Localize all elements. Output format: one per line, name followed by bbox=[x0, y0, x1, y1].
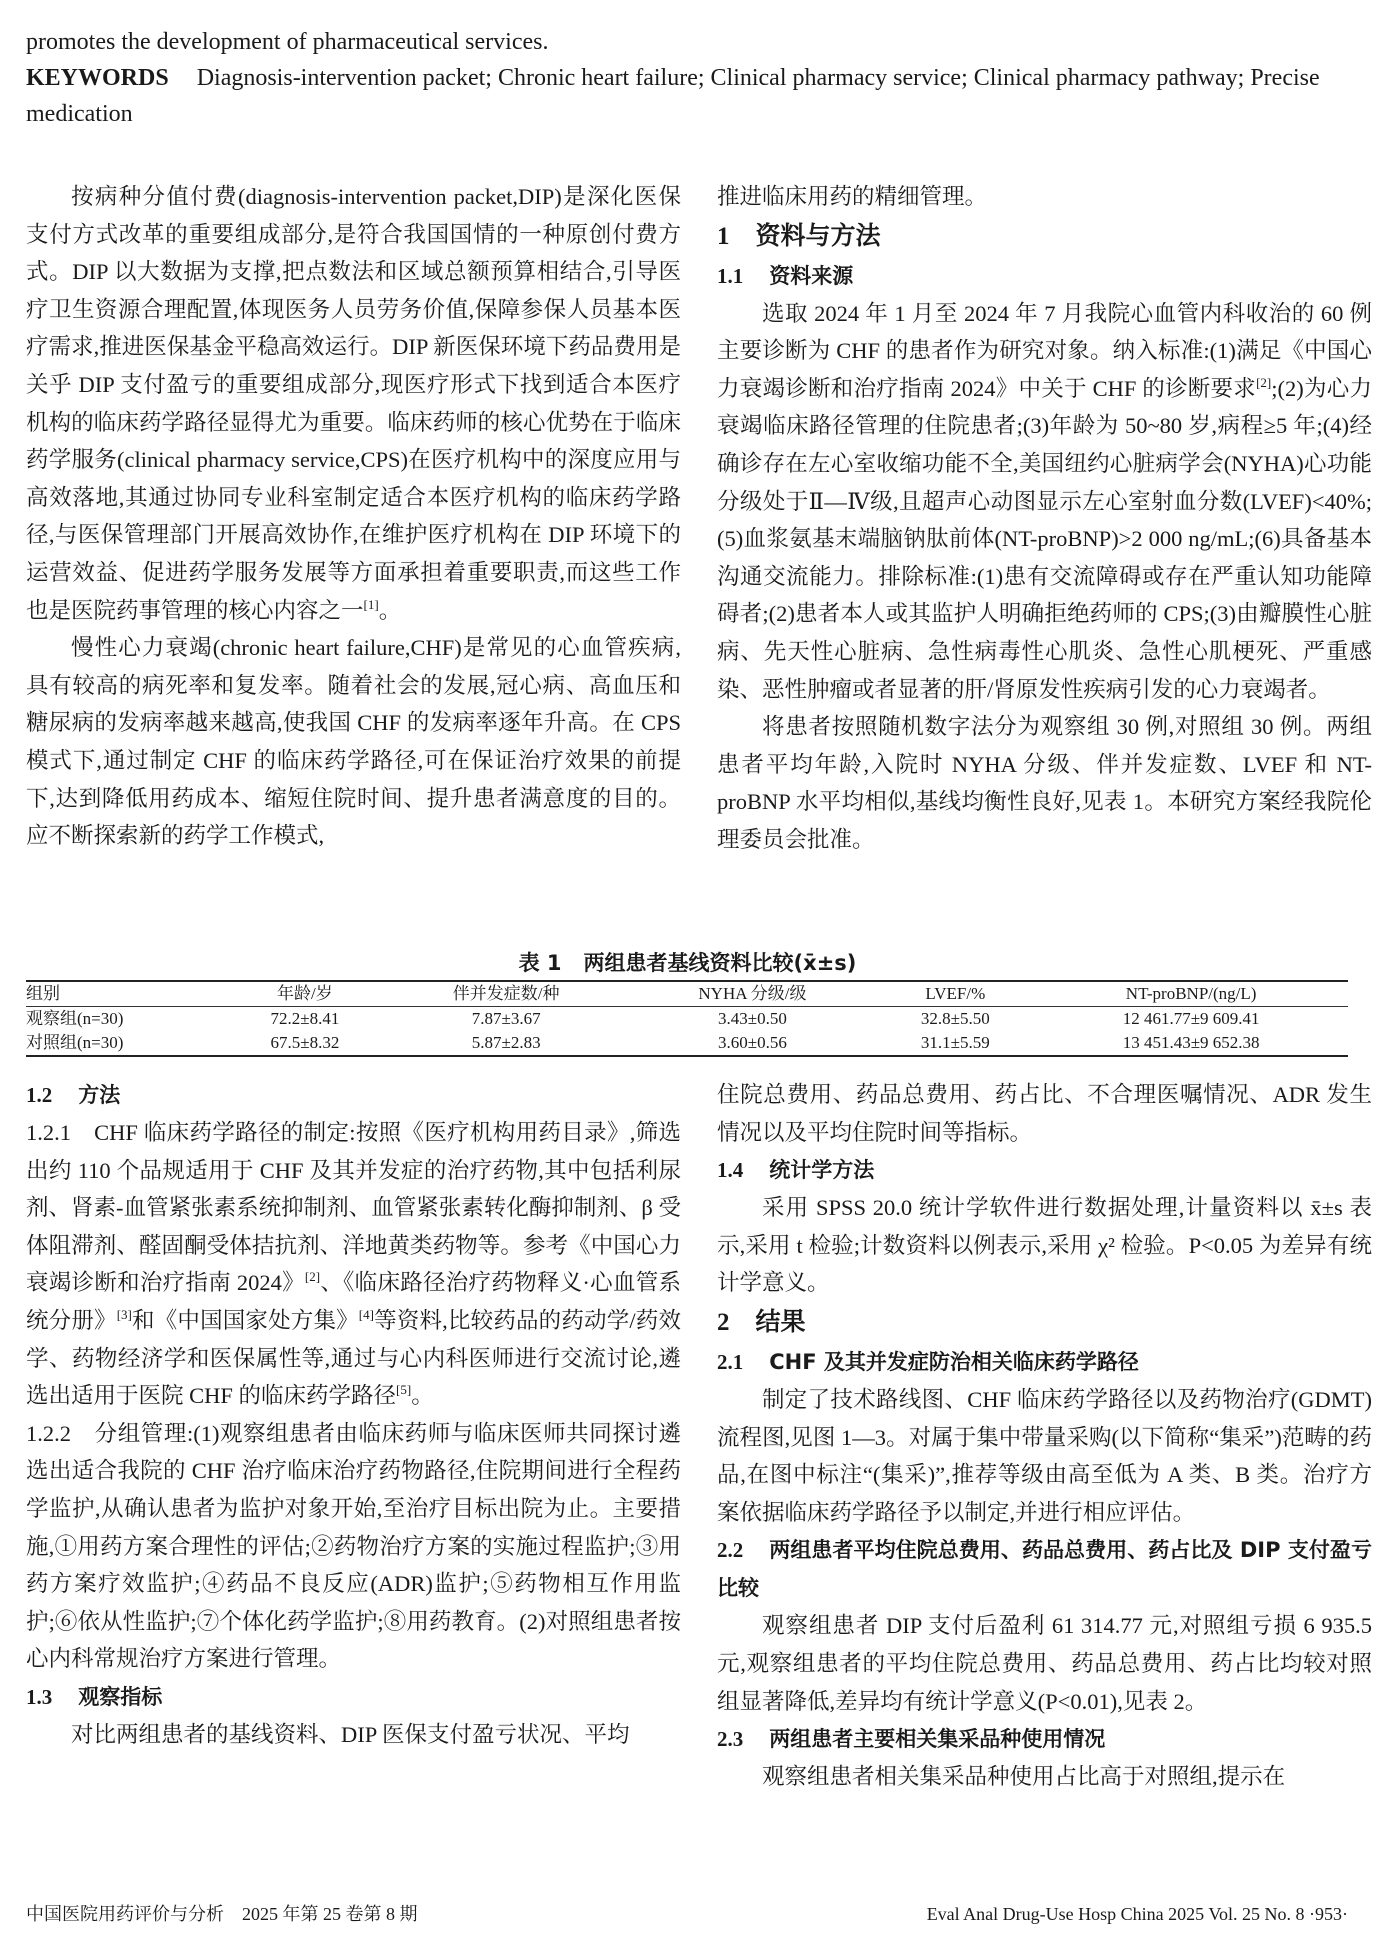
journal-name-cn: 中国医院用药评价与分析 2025 年第 25 卷第 8 期 bbox=[26, 1902, 418, 1926]
col-lvef: LVEF/% bbox=[876, 981, 1034, 1007]
citation-2[interactable]: [2] bbox=[305, 1269, 320, 1284]
col-age: 年龄/岁 bbox=[226, 981, 384, 1007]
section-1-3-heading: 1.3观察指标 bbox=[26, 1678, 681, 1716]
section-2-1-heading: 2.1CHF 及其并发症防治相关临床药学路径 bbox=[717, 1343, 1372, 1381]
citation-3[interactable]: [3] bbox=[117, 1307, 132, 1322]
left-column-bottom: 1.2方法 1.2.1 CHF 临床药学路径的制定:按照《医疗机构用药目录》,筛… bbox=[26, 1076, 681, 1754]
abstract-tail: promotes the development of pharmaceutic… bbox=[26, 24, 1348, 60]
keywords-label: KEYWORDS bbox=[26, 65, 169, 91]
right-column-top: 推进临床用药的精细管理。 1资料与方法 1.1资料来源 选取 2024 年 1 … bbox=[717, 178, 1372, 859]
col-nyha: NYHA 分级/级 bbox=[629, 981, 877, 1007]
section-1-4-heading: 1.4统计学方法 bbox=[717, 1151, 1372, 1189]
section-2-heading: 2结果 bbox=[717, 1302, 1372, 1343]
table-row: 观察组(n=30) 72.2±8.41 7.87±3.67 3.43±0.50 … bbox=[26, 1007, 1348, 1032]
journal-name-en-page: Eval Anal Drug-Use Hosp China 2025 Vol. … bbox=[927, 1902, 1348, 1926]
section-1-1-paragraph-1: 选取 2024 年 1 月至 2024 年 7 月我院心血管内科收治的 60 例… bbox=[717, 295, 1372, 709]
section-1-2-1-paragraph: 1.2.1 CHF 临床药学路径的制定:按照《医疗机构用药目录》,筛选出约 11… bbox=[26, 1114, 681, 1415]
section-2-2-paragraph: 观察组患者 DIP 支付后盈利 61 314.77 元,对照组亏损 6 935.… bbox=[717, 1607, 1372, 1720]
section-1-1-paragraph-2: 将患者按照随机数字法分为观察组 30 例,对照组 30 例。两组患者平均年龄,入… bbox=[717, 708, 1372, 858]
section-1-2-heading: 1.2方法 bbox=[26, 1076, 681, 1114]
section-2-3-heading: 2.3两组患者主要相关集采品种使用情况 bbox=[717, 1720, 1372, 1758]
intro-paragraph-1: 按病种分值付费(diagnosis-intervention packet,DI… bbox=[26, 178, 681, 629]
section-2-1-paragraph: 制定了技术路线图、CHF 临床药学路径以及药物治疗(GDMT)流程图,见图 1—… bbox=[717, 1381, 1372, 1531]
col-ntprobnp: NT-proBNP/(ng/L) bbox=[1034, 981, 1348, 1007]
col-group: 组别 bbox=[26, 981, 226, 1007]
table-row: 对照组(n=30) 67.5±8.32 5.87±2.83 3.60±0.56 … bbox=[26, 1031, 1348, 1056]
section-1-4-paragraph: 采用 SPSS 20.0 统计学软件进行数据处理,计量资料以 x̄±s 表示,采… bbox=[717, 1189, 1372, 1302]
table-1-caption: 表 1两组患者基线资料比较(x̄±s) bbox=[0, 948, 1375, 978]
intro-paragraph-2-cont: 推进临床用药的精细管理。 bbox=[717, 178, 1372, 216]
keywords-text: Diagnosis-intervention packet; Chronic h… bbox=[26, 65, 1320, 127]
table-1-baseline: 组别 年龄/岁 伴并发症数/种 NYHA 分级/级 LVEF/% NT-proB… bbox=[26, 980, 1348, 1057]
section-1-3-paragraph-cont: 住院总费用、药品总费用、药占比、不合理医嘱情况、ADR 发生情况以及平均住院时间… bbox=[717, 1076, 1372, 1151]
intro-paragraph-2: 慢性心力衰竭(chronic heart failure,CHF)是常见的心血管… bbox=[26, 629, 681, 855]
right-column-bottom: 住院总费用、药品总费用、药占比、不合理医嘱情况、ADR 发生情况以及平均住院时间… bbox=[717, 1076, 1372, 1796]
section-2-2-heading: 2.2两组患者平均住院总费用、药品总费用、药占比及 DIP 支付盈亏比较 bbox=[717, 1531, 1372, 1607]
left-column-top: 按病种分值付费(diagnosis-intervention packet,DI… bbox=[26, 178, 681, 855]
citation-1[interactable]: [1] bbox=[364, 597, 379, 612]
col-complications: 伴并发症数/种 bbox=[384, 981, 629, 1007]
section-1-3-paragraph: 对比两组患者的基线资料、DIP 医保支付盈亏状况、平均 bbox=[26, 1716, 681, 1754]
section-1-heading: 1资料与方法 bbox=[717, 216, 1372, 257]
citation-5[interactable]: [5] bbox=[396, 1382, 411, 1397]
keywords: KEYWORDSDiagnosis-intervention packet; C… bbox=[26, 60, 1348, 132]
citation-2[interactable]: [2] bbox=[1256, 375, 1271, 390]
section-2-3-paragraph: 观察组患者相关集采品种使用占比高于对照组,提示在 bbox=[717, 1758, 1372, 1796]
citation-4[interactable]: [4] bbox=[359, 1307, 374, 1322]
section-1-1-heading: 1.1资料来源 bbox=[717, 257, 1372, 295]
section-1-2-2-paragraph: 1.2.2 分组管理:(1)观察组患者由临床药师与临床医师共同探讨遴选出适合我院… bbox=[26, 1415, 681, 1678]
table-header-row: 组别 年龄/岁 伴并发症数/种 NYHA 分级/级 LVEF/% NT-proB… bbox=[26, 981, 1348, 1007]
